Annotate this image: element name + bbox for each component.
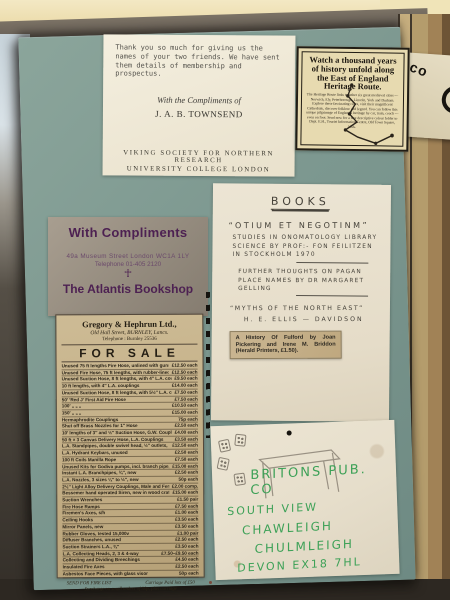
atlantis-bookshop-card: With Compliments 49a Museum Street Londo…	[48, 217, 208, 316]
item-price: £4.00 each	[175, 430, 198, 436]
item-description: Instant L.A. Branchpipes, ¾″, new	[62, 470, 172, 476]
item-price: £1.50 pair	[177, 497, 198, 503]
partial-ring-graphic	[441, 85, 450, 115]
company-address: Old Hall Street, BURNLEY, Lancs.	[61, 330, 197, 337]
item-description: Unused 75 ft lengths Fire Hose, unlined …	[62, 363, 169, 369]
item-description: Collecting and Dividing Breechings	[63, 557, 173, 563]
with-compliments-title: With Compliments	[48, 225, 208, 240]
scrapbook-photo: co Thank you so much for giving us the n…	[0, 0, 450, 600]
atlantis-logo-icon: ☥	[48, 269, 208, 280]
fire-equipment-price-list: Gregory & Hephrun Ltd., Old Hall Street,…	[55, 314, 204, 579]
book-entry-1-details: STUDIES IN ONOMATOLOGY LIBRARY SCIENCE B…	[232, 234, 378, 259]
item-description: Unused Kits for Godiva pumps, incl. bran…	[62, 463, 169, 469]
item-description: Shut off Brass Nozzles for 1″ Hose	[62, 423, 172, 429]
item-price: £1.00 each	[175, 510, 198, 516]
item-description: L.A. Nozzles, 3 sizes ¼″ to ½″, new	[62, 477, 175, 483]
item-description: Mirror Panels, new	[62, 524, 172, 530]
clipping-text: A History Of Fulford by Joan Pickering a…	[236, 335, 336, 355]
address-line: BRITONS PUB. CO	[250, 461, 390, 498]
organisation-line-2: UNIVERSITY COLLEGE LONDON	[115, 166, 283, 174]
item-description: 50 ft × 3 Canvas Delivery Hose, L.A. Cou…	[62, 437, 172, 443]
book-entry-3-title: “MYTHS OF THE NORTH EAST”	[230, 305, 380, 312]
ink-dot	[287, 430, 292, 435]
item-price: £2.50 each	[175, 564, 198, 570]
item-description: Diffuser Branches, unused	[62, 537, 172, 543]
item-description: 50′ 'Red J' First Aid Fire Hose	[62, 396, 172, 402]
item-price: £4.50 each	[175, 557, 198, 563]
item-price: £3.50 each	[175, 544, 198, 550]
fulford-press-clipping: A History Of Fulford by Joan Pickering a…	[230, 331, 342, 359]
item-description: L.A. Hydrant Keybars, unused	[62, 450, 172, 456]
item-description: Fire Hose Ramps	[62, 504, 172, 510]
item-price: £10.50 each	[172, 403, 198, 409]
dice-doodle	[234, 434, 246, 447]
item-price: £15.00 each	[172, 490, 198, 496]
thread-stitching	[206, 292, 210, 438]
partial-text: co	[408, 59, 431, 80]
heritage-route-ad: Watch a thousand years of history unfold…	[295, 46, 409, 152]
item-price: £2.50 each	[175, 423, 198, 429]
item-description: 2½″ Light Alloy Delivery Couplings, Male…	[62, 483, 169, 489]
viking-society-card: Thank you so much for giving us the name…	[103, 34, 296, 176]
item-description: Ceiling Hooks	[62, 517, 172, 523]
organisation-line-1: VIKING SOCIETY FOR NORTHERN RESEARCH	[115, 150, 283, 165]
item-price: 50p each	[179, 570, 199, 576]
dice-doodle	[218, 439, 231, 453]
company-phone: Telephone : Burnley 25536	[61, 337, 197, 343]
item-price: £3.50 each	[175, 524, 198, 530]
item-price: £12.50 each	[172, 363, 198, 369]
item-description: Asbestos Face Pieces, with glass visor	[63, 571, 176, 577]
ad-inner-border: Watch a thousand years of history unfold…	[300, 51, 404, 146]
item-description: 10 ft lengths, with 4″ L.A. couplings	[62, 383, 169, 389]
item-price: £9.50 each	[174, 376, 197, 382]
speck	[209, 581, 212, 584]
item-description: Suction Strainers L.A., ¾″	[63, 544, 173, 550]
bookshop-name: The Atlantis Bookshop	[48, 282, 208, 296]
item-price: £3.50 each	[175, 436, 198, 442]
book-entry-3-author: H. E. ELLIS — DAVIDSON	[244, 316, 380, 323]
underline-stroke	[296, 261, 368, 263]
surcharge-note: Surcharge on small orders of 50p, plus c…	[63, 586, 199, 592]
item-description: 10′ lengths of 3″ and ½″ Suction Hose, G…	[62, 430, 172, 436]
item-price: £14.00 each	[172, 383, 198, 389]
item-description: Unused Suction Hose, 8 ft lengths, with …	[62, 390, 172, 396]
item-price: £7.50 each	[175, 503, 198, 509]
item-description: 100 ft Coils Manilla Rope	[62, 457, 172, 463]
item-price: £12.50 each	[172, 369, 198, 375]
address-line: CHULMLEIGH	[255, 535, 393, 556]
item-price: £2.50 each	[175, 537, 198, 543]
addressed-envelope: BRITONS PUB. CO SOUTH VIEW CHAWLEIGH CHU…	[210, 420, 399, 580]
item-price: £2.50 each	[175, 450, 198, 456]
item-price: £7.50 each	[174, 389, 197, 395]
item-description: Insulated Fire Axes	[63, 564, 173, 570]
item-description: Unused Fire Hose, 75 ft lengths, with ru…	[62, 369, 169, 375]
sender-name: J. A. B. TOWNSEND	[115, 109, 283, 120]
item-price: 75p each	[178, 416, 198, 422]
item-description: L.A. Collecting Heads, 2, 3 & 4-way	[63, 551, 159, 557]
books-handwritten-note: BOOKS “OTIUM ET NEGOTINM” STUDIES IN ONO…	[211, 183, 391, 422]
price-list-row: Asbestos Face Pieces, with glass visor 5…	[63, 570, 199, 577]
item-description: 150′ „ „ „	[62, 410, 169, 416]
address-line: CHAWLEIGH	[242, 516, 392, 538]
carriage-note: Carriage Paid lots of £50	[145, 580, 194, 585]
item-description: Bessemer hand operated Siren, new in woo…	[62, 490, 169, 496]
item-description: L.A. Standpipes, double swivel head, ½″ …	[62, 443, 169, 449]
typed-message: Thank you so much for giving us the name…	[115, 43, 283, 79]
send-for-list-note: SEND FOR FIRE LIST	[67, 581, 112, 586]
bookshop-phone: Telephone 01-405 2120	[48, 261, 208, 268]
item-description: Rubber Gloves, tested 15,000v	[62, 530, 174, 536]
item-price: £2.00 comp.	[172, 483, 198, 489]
item-description: Hermaphrodite Couplings	[62, 416, 175, 422]
item-price: £15.00 each	[172, 410, 198, 416]
dice-doodle	[233, 473, 246, 486]
item-description: Firemen's Axes, s/h	[62, 510, 172, 516]
address-line: DEVON EX18 7HL	[237, 554, 393, 575]
underline-stroke	[296, 295, 368, 297]
bookshop-address: 49a Museum Street London WC1A 1LY	[48, 253, 208, 260]
item-price: £15.00 each	[172, 463, 198, 469]
item-description: Suction Wrenches	[62, 497, 174, 503]
item-price: 50p each	[178, 477, 198, 483]
item-price: £7.50 each	[174, 396, 197, 402]
route-map-graphic	[301, 82, 403, 146]
compliments-line: With the Compliments of	[115, 95, 283, 106]
note-title: BOOKS	[271, 195, 330, 211]
item-price: £12.50 each	[172, 443, 198, 449]
book-entry-1-title: “OTIUM ET NEGOTINM”	[229, 221, 381, 230]
item-description: Unused Suction Hose, 8 ft lengths, with …	[62, 376, 172, 382]
item-price: £7.50–£9.50 each	[161, 550, 198, 556]
book-entry-2: FURTHER THOUGHTS ON PAGAN PLACE NAMES BY…	[238, 267, 388, 293]
item-price: £1.00 pair	[177, 530, 198, 536]
for-sale-heading: FOR SALE	[61, 344, 197, 363]
company-name: Gregory & Hephrun Ltd.,	[61, 319, 197, 330]
item-price: £7.50 each	[175, 456, 198, 462]
price-list-rows: Unused 75 ft lengths Fire Hose, unlined …	[62, 363, 199, 578]
item-price: £2.50 each	[175, 470, 198, 476]
item-description: 100′ „ „ „	[62, 403, 169, 409]
item-price: £3.50 each	[175, 517, 198, 523]
